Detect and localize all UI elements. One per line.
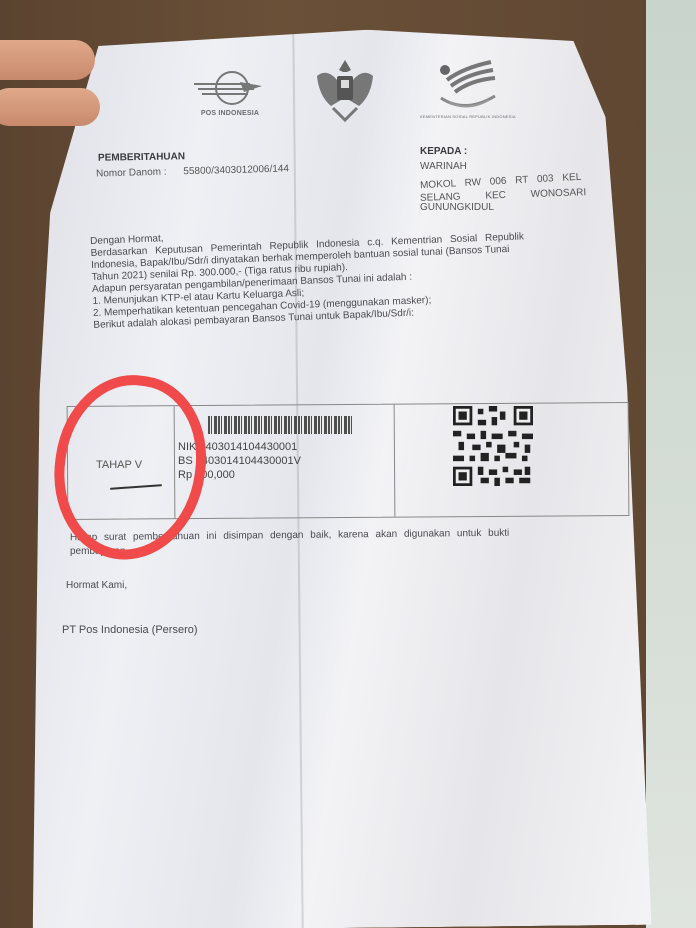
bs-value: 3403014104430001V	[196, 455, 301, 467]
kemensos-logo: KEMENTERIAN SOSIAL REPUBLIK INDONESIA	[420, 58, 516, 119]
letter-number: Nomor Danom : 55800/3403012006/144	[96, 163, 289, 179]
barcode-icon	[208, 416, 354, 434]
garuda-pancasila-icon	[313, 56, 377, 126]
letter-body: Dengan Hormat, Berdasarkan Keputusan Pem…	[90, 219, 527, 332]
sender-name: PT Pos Indonesia (Persero)	[62, 624, 198, 636]
nik-value: 3403014104430001	[199, 441, 297, 453]
letter-title: PEMBERITAHUAN	[98, 151, 185, 164]
pos-indonesia-logo-icon	[190, 68, 270, 110]
pos-indonesia-logo: POS INDONESIA	[190, 68, 270, 117]
kemensos-label: KEMENTERIAN SOSIAL REPUBLIK INDONESIA	[420, 114, 516, 119]
closing-text: Hormat Kami,	[66, 580, 127, 591]
garuda-emblem	[313, 56, 377, 126]
qr-code-icon	[449, 406, 537, 486]
recipient-name: WARINAH	[420, 161, 467, 172]
kementerian-sosial-logo-icon	[435, 58, 501, 114]
recipient-address-line: GUNUNGKIDUL	[420, 202, 494, 213]
table-divider	[394, 405, 396, 517]
recipient-label: KEPADA :	[420, 146, 467, 157]
letter-number-label: Nomor Danom :	[96, 167, 167, 180]
pos-indonesia-label: POS INDONESIA	[201, 110, 259, 117]
letter-number-value: 55800/3403012006/144	[183, 163, 289, 177]
letter-content: POS INDONESIA KEMENTERIAN SOSIAL REPUBLI…	[0, 0, 696, 928]
